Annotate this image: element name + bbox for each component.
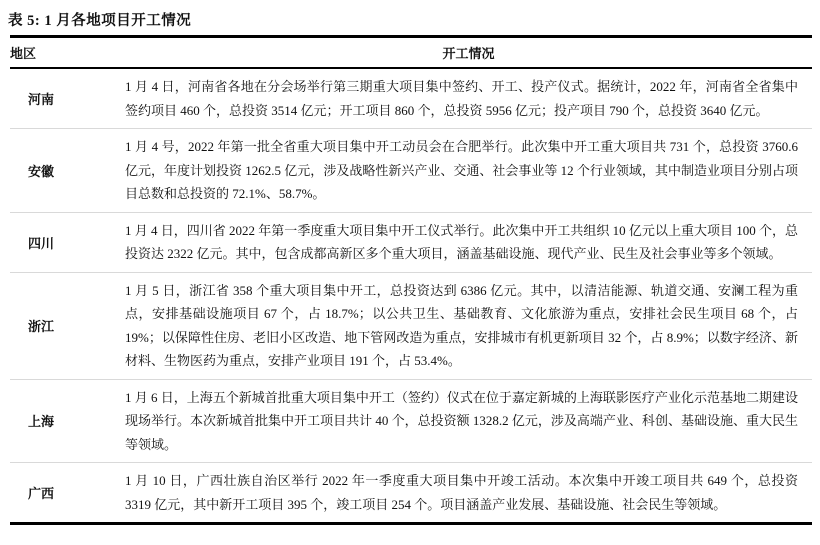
region-detail: 1 月 4 日，四川省 2022 年第一季度重大项目集中开工仪式举行。此次集中开… <box>125 212 812 272</box>
column-header-status: 开工情况 <box>125 37 812 69</box>
header-row: 地区 开工情况 <box>10 37 812 69</box>
region-detail: 1 月 5 日，浙江省 358 个重大项目集中开工，总投资达到 6386 亿元。… <box>125 272 812 379</box>
table-title: 表 5: 1 月各地项目开工情况 <box>0 0 820 35</box>
region-name: 浙江 <box>10 272 125 379</box>
table-row-sichuan: 四川 1 月 4 日，四川省 2022 年第一季度重大项目集中开工仪式举行。此次… <box>10 212 812 272</box>
table-row-shanghai: 上海 1 月 6 日，上海五个新城首批重大项目集中开工（签约）仪式在位于嘉定新城… <box>10 379 812 463</box>
table-row-henan: 河南 1 月 4 日，河南省各地在分会场举行第三期重大项目集中签约、开工、投产仪… <box>10 68 812 129</box>
region-name: 上海 <box>10 379 125 463</box>
region-name: 河南 <box>10 68 125 129</box>
table-row-anhui: 安徽 1 月 4 号，2022 年第一批全省重大项目集中开工动员会在合肥举行。此… <box>10 129 812 213</box>
region-detail: 1 月 4 日，河南省各地在分会场举行第三期重大项目集中签约、开工、投产仪式。据… <box>125 68 812 129</box>
column-header-region: 地区 <box>10 37 125 69</box>
region-detail: 1 月 4 号，2022 年第一批全省重大项目集中开工动员会在合肥举行。此次集中… <box>125 129 812 213</box>
table-title-text: 表 5: 1 月各地项目开工情况 <box>8 13 191 29</box>
region-name: 安徽 <box>10 129 125 213</box>
table-row-guangxi: 广西 1 月 10 日，广西壮族自治区举行 2022 年一季度重大项目集中开竣工… <box>10 463 812 524</box>
project-commencement-table: 地区 开工情况 河南 1 月 4 日，河南省各地在分会场举行第三期重大项目集中签… <box>10 35 812 525</box>
region-name: 四川 <box>10 212 125 272</box>
report-page: 表 5: 1 月各地项目开工情况 地区 开工情况 河南 1 月 4 日，河南省各… <box>0 0 820 545</box>
region-name: 广西 <box>10 463 125 524</box>
table-header: 地区 开工情况 <box>10 37 812 69</box>
region-detail: 1 月 10 日，广西壮族自治区举行 2022 年一季度重大项目集中开竣工活动。… <box>125 463 812 524</box>
table-row-zhejiang: 浙江 1 月 5 日，浙江省 358 个重大项目集中开工，总投资达到 6386 … <box>10 272 812 379</box>
table-body: 河南 1 月 4 日，河南省各地在分会场举行第三期重大项目集中签约、开工、投产仪… <box>10 68 812 524</box>
region-detail: 1 月 6 日，上海五个新城首批重大项目集中开工（签约）仪式在位于嘉定新城的上海… <box>125 379 812 463</box>
